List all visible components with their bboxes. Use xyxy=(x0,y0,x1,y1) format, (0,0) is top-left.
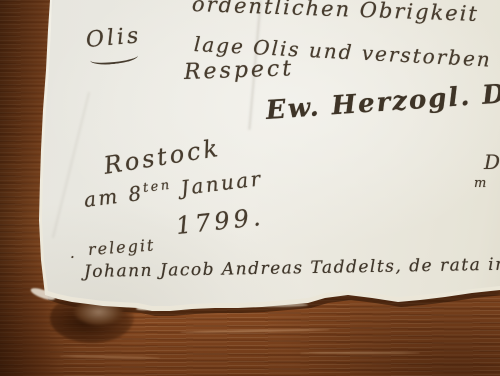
annotation-mark: . xyxy=(70,244,77,262)
date-prefix: am 8 xyxy=(83,181,145,212)
wood-scratch xyxy=(180,329,330,334)
margin-note: Olis xyxy=(85,23,142,53)
photo-of-manuscript-on-table: ordentlichen Obrigkeit Olis lage Olis un… xyxy=(0,0,500,376)
right-edge-fragment: D xyxy=(484,150,500,174)
year-line: 1799. xyxy=(175,203,266,240)
body-line-3: Respect xyxy=(184,56,295,85)
signature-line: Johann Jacob Andreas Taddelts, de rata i… xyxy=(84,254,500,282)
right-edge-fragment: m xyxy=(474,176,488,191)
annotation-relegit: relegit xyxy=(87,235,156,259)
date-ordinal-superscript: ten xyxy=(142,178,172,196)
date-month: Januar xyxy=(171,166,264,201)
body-line-1: ordentlichen Obrigkeit xyxy=(192,0,480,26)
paper-crease xyxy=(52,92,90,238)
salutation-line: Ew. Herzogl. Du xyxy=(265,78,500,126)
wood-scratch xyxy=(300,352,420,354)
